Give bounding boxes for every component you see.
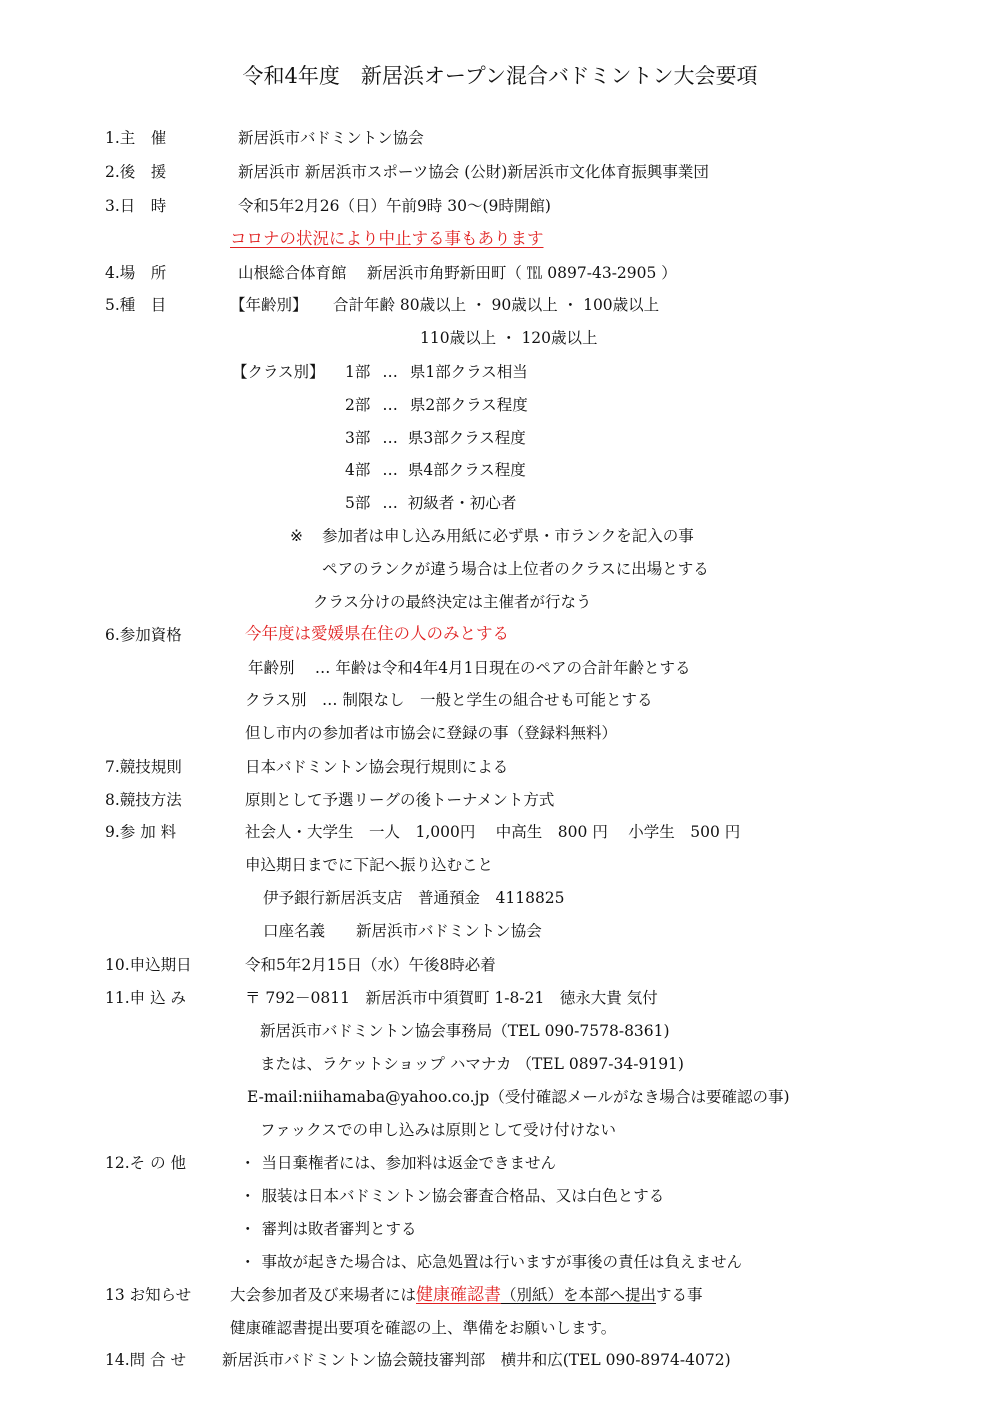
eligibility-line-3: 但し市内の参加者は市協会に登録の事（登録料無料） bbox=[245, 723, 617, 743]
section-10-label: 10.申込期日 bbox=[105, 955, 192, 975]
section-7-value: 日本バドミントン協会現行規則による bbox=[245, 757, 508, 777]
bank-account: 伊予銀行新居浜支店 普通預金 4118825 bbox=[263, 888, 565, 908]
section-4-label: 4.場 所 bbox=[105, 263, 166, 283]
list-item: ・服装は日本バドミントン協会審査合格品、又は白色とする bbox=[240, 1186, 664, 1206]
section-14-value: 新居浜市バドミントン協会競技審判部 横井和広(TEL 090-8974-4072… bbox=[222, 1350, 731, 1370]
class-item: 3部…県3部クラス程度 bbox=[345, 428, 526, 448]
class-item: 4部…県4部クラス程度 bbox=[345, 460, 526, 480]
age-category-line-2: 110歳以上 ・ 120歳以上 bbox=[420, 328, 598, 348]
section-5-label: 5.種 目 bbox=[105, 295, 166, 315]
note-mark-icon: ※ bbox=[290, 526, 303, 546]
section-9-fees: 社会人・大学生 一人 1,000円 中高生 800 円 小学生 500 円 bbox=[245, 822, 740, 842]
health-form-highlight: 健康確認書 bbox=[416, 1285, 501, 1305]
list-item: ・当日棄権者には、参加料は返金できません bbox=[240, 1153, 556, 1173]
account-holder: 口座名義 新居浜市バドミントン協会 bbox=[263, 921, 542, 941]
section-3-value: 令和5年2月26（日）午前9時 30～(9時開館) bbox=[238, 196, 551, 216]
age-category-line-1: 合計年齢 80歳以上 ・ 90歳以上 ・ 100歳以上 bbox=[333, 295, 659, 315]
eligibility-line-2: クラス別 … 制限なし 一般と学生の組合せも可能とする bbox=[245, 690, 652, 710]
shop-contact: または、ラケットショップ ハマナカ （TEL 0897-34-9191) bbox=[260, 1054, 684, 1074]
age-category-label: 【年齢別】 bbox=[230, 295, 308, 315]
class-item: 1部…県1部クラス相当 bbox=[345, 362, 528, 382]
application-address: 〒 792－0811 新居浜市中須賀町 1-8-21 徳永大貴 気付 bbox=[245, 988, 658, 1008]
section-1-value: 新居浜市バドミントン協会 bbox=[238, 128, 424, 148]
section-13-label: 13 お知らせ bbox=[105, 1285, 191, 1305]
class-item: 2部…県2部クラス程度 bbox=[345, 395, 528, 415]
section-6-label: 6.参加資格 bbox=[105, 625, 182, 645]
note-line-3: クラス分けの最終決定は主催者が行なう bbox=[313, 592, 592, 612]
eligibility-line-1: 年齢別 … 年齢は令和4年4月1日現在のペアの合計年齢とする bbox=[248, 658, 690, 678]
health-form-notice: 大会参加者及び来場者には健康確認書（別紙）を本部へ提出する事 bbox=[230, 1285, 703, 1305]
section-8-value: 原則として予選リーグの後トーナメント方式 bbox=[245, 790, 554, 810]
fax-note: ファックスでの申し込みは原則として受け付けない bbox=[260, 1120, 616, 1140]
section-2-value: 新居浜市 新居浜市スポーツ協会 (公財)新居浜市文化体育振興事業団 bbox=[238, 162, 709, 182]
payment-instruction: 申込期日までに下記へ振り込むこと bbox=[245, 855, 493, 875]
section-3-label: 3.日 時 bbox=[105, 196, 166, 216]
section-10-value: 令和5年2月15日（水）午後8時必着 bbox=[245, 955, 496, 975]
eligibility-highlight: 今年度は愛媛県在住の人のみとする bbox=[245, 624, 509, 644]
note-line-1: 参加者は申し込み用紙に必ず県・市ランクを記入の事 bbox=[322, 526, 694, 546]
section-7-label: 7.競技規則 bbox=[105, 757, 182, 777]
document-title: 令和4年度 新居浜オープン混合バドミントン大会要項 bbox=[0, 60, 1000, 90]
section-1-label: 1.主 催 bbox=[105, 128, 166, 148]
class-category-label: 【クラス別】 bbox=[232, 362, 325, 382]
section-14-label: 14.問 合 せ bbox=[105, 1350, 186, 1370]
section-9-label: 9.参 加 料 bbox=[105, 822, 176, 842]
list-item: ・審判は敗者審判とする bbox=[240, 1219, 417, 1239]
section-2-label: 2.後 援 bbox=[105, 162, 166, 182]
list-item: ・事故が起きた場合は、応急処置は行いますが事後の責任は負えません bbox=[240, 1252, 742, 1272]
email-contact: E-mail:niihamaba@yahoo.co.jp（受付確認メールがなき場… bbox=[247, 1087, 790, 1107]
section-11-label: 11.申 込 み bbox=[105, 988, 186, 1008]
class-item: 5部…初級者・初心者 bbox=[345, 493, 516, 513]
section-8-label: 8.競技方法 bbox=[105, 790, 182, 810]
note-line-2: ペアのランクが違う場合は上位者のクラスに出場とする bbox=[322, 559, 709, 579]
covid-cancellation-notice: コロナの状況により中止する事もあります bbox=[230, 229, 544, 249]
office-contact: 新居浜市バドミントン協会事務局（TEL 090-7578-8361) bbox=[260, 1021, 670, 1041]
section-4-value: 山根総合体育館 新居浜市角野新田町（ ℡ 0897-43-2905 ） bbox=[238, 263, 677, 283]
health-form-note: 健康確認書提出要項を確認の上、準備をお願いします。 bbox=[230, 1318, 616, 1338]
section-12-label: 12.そ の 他 bbox=[105, 1153, 186, 1173]
